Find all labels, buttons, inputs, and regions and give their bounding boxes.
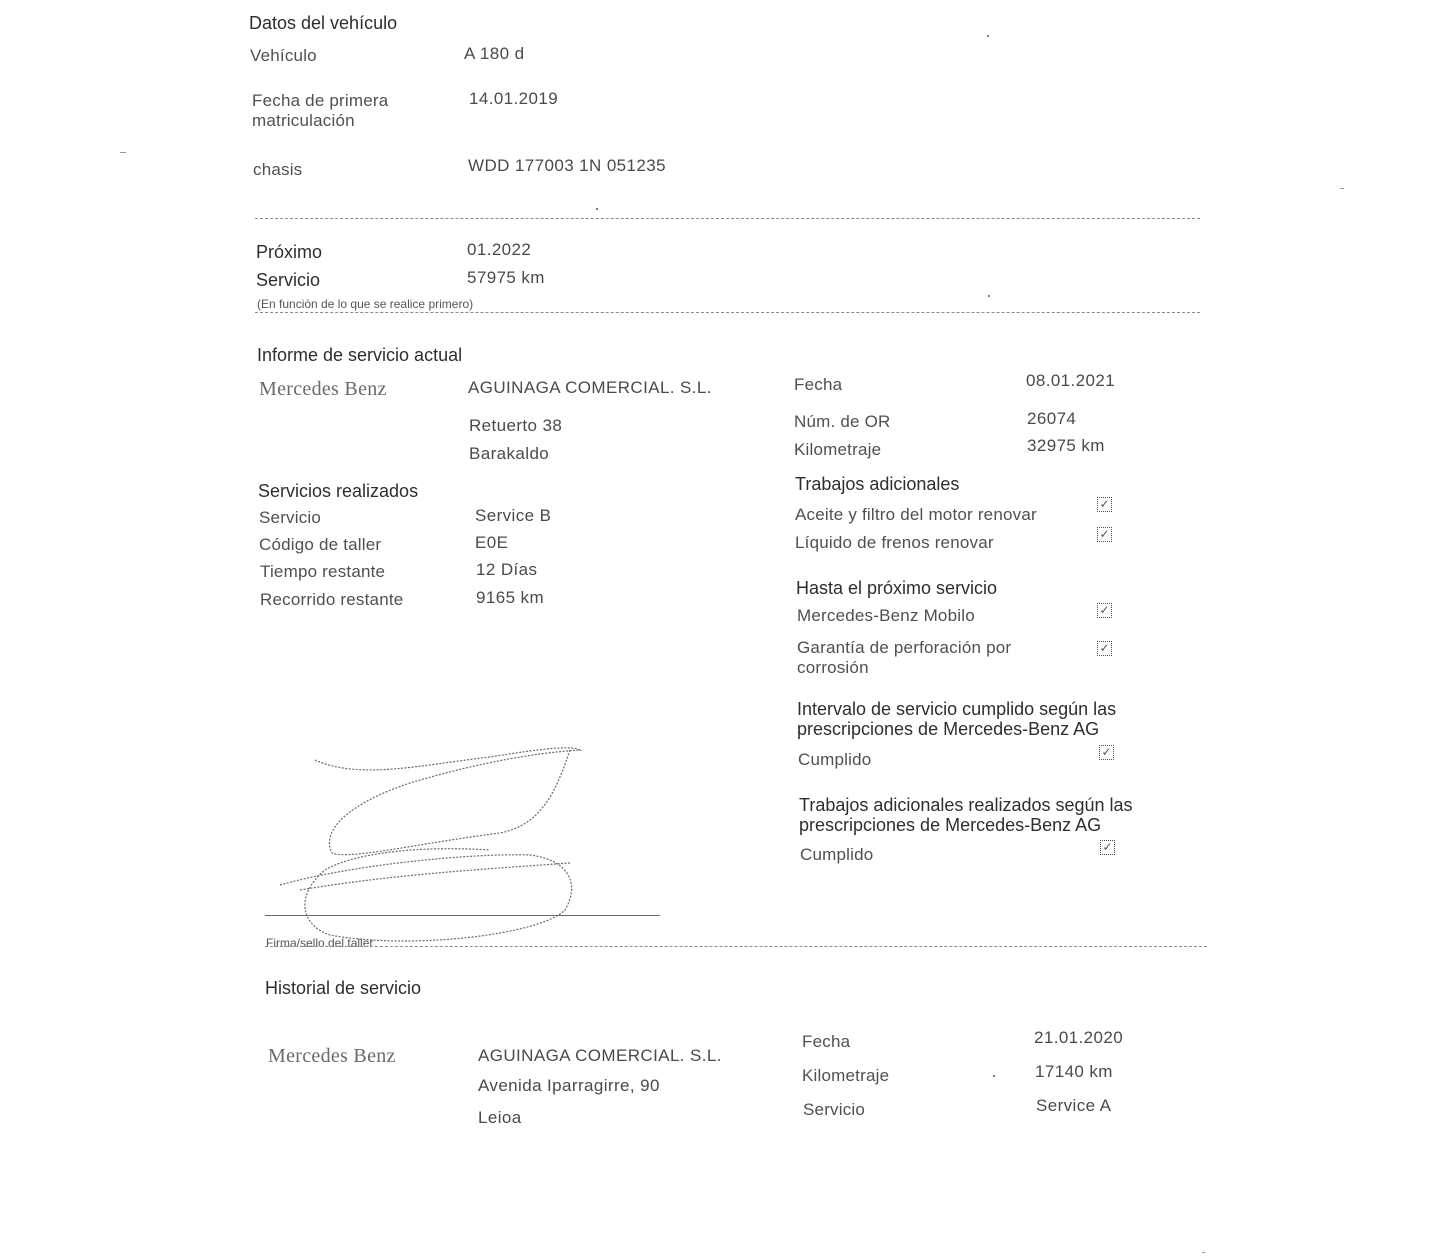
distance-remaining-value: 9165 km (476, 588, 544, 608)
dealer-city: Barakaldo (469, 444, 549, 464)
history-dealer-city: Leioa (478, 1108, 522, 1128)
workshop-signature (270, 735, 670, 945)
next-service-label-1: Próximo (256, 242, 322, 263)
time-remaining-label: Tiempo restante (260, 562, 385, 582)
service-label: Servicio (259, 508, 321, 528)
interval-fulfilled-label: Cumplido (798, 750, 871, 770)
divider (255, 218, 1200, 219)
mobilo-label: Mercedes-Benz Mobilo (797, 606, 975, 626)
brand-logo-text: Mercedes Benz (259, 378, 387, 401)
signature-caption: Firma/sello del taller (266, 936, 373, 950)
mileage-label: Kilometraje (794, 440, 881, 460)
history-mileage-value: 17140 km (1035, 1062, 1113, 1082)
dealer-street: Retuerto 38 (469, 416, 562, 436)
history-date-label: Fecha (802, 1032, 850, 1052)
scan-speck (1202, 1252, 1205, 1253)
workshop-code-label: Código de taller (259, 535, 381, 555)
date-label: Fecha (794, 375, 842, 395)
signature-line (265, 915, 660, 916)
history-brand-logo-text: Mercedes Benz (268, 1045, 396, 1068)
vehicle-data-heading: Datos del vehículo (249, 13, 397, 34)
service-value: Service B (475, 506, 551, 526)
until-next-heading: Hasta el próximo servicio (796, 578, 997, 599)
additional-done-fulfilled-checkbox[interactable]: ✓ (1100, 840, 1115, 855)
additional-done-fulfilled-label: Cumplido (800, 845, 873, 865)
next-service-mileage: 57975 km (467, 268, 545, 288)
history-mileage-label: Kilometraje (802, 1066, 889, 1086)
brake-fluid-label: Líquido de frenos renovar (795, 533, 994, 553)
first-registration-label: Fecha de primera matriculación (252, 91, 427, 131)
scan-speck (993, 1075, 995, 1077)
divider (255, 312, 1200, 313)
history-service-value: Service A (1036, 1096, 1111, 1116)
next-service-note: (En función de lo que se realice primero… (257, 297, 473, 311)
scan-speck (987, 35, 989, 37)
mobilo-checkbox[interactable]: ✓ (1097, 603, 1112, 618)
date-value: 08.01.2021 (1026, 371, 1115, 391)
distance-remaining-label: Recorrido restante (260, 590, 403, 610)
first-registration-value: 14.01.2019 (469, 89, 558, 109)
history-heading: Historial de servicio (265, 978, 421, 999)
brake-fluid-checkbox[interactable]: ✓ (1097, 527, 1112, 542)
scan-speck (120, 152, 126, 153)
current-report-heading: Informe de servicio actual (257, 345, 462, 366)
workshop-code-value: E0E (475, 533, 508, 553)
history-service-label: Servicio (803, 1100, 865, 1120)
additional-done-heading: Trabajos adicionales realizados según la… (799, 795, 1179, 835)
history-date-value: 21.01.2020 (1034, 1028, 1123, 1048)
or-number-value: 26074 (1027, 409, 1076, 429)
services-done-heading: Servicios realizados (258, 481, 418, 502)
corrosion-warranty-checkbox[interactable]: ✓ (1097, 641, 1112, 656)
chassis-value: WDD 177003 1N 051235 (468, 156, 666, 176)
history-dealer-name: AGUINAGA COMERCIAL. S.L. (478, 1046, 722, 1066)
vehicle-value: A 180 d (464, 44, 524, 64)
scan-speck (988, 295, 990, 297)
dealer-name: AGUINAGA COMERCIAL. S.L. (468, 378, 712, 398)
interval-fulfilled-checkbox[interactable]: ✓ (1099, 745, 1114, 760)
next-service-date: 01.2022 (467, 240, 531, 260)
corrosion-warranty-label: Garantía de perforación por corrosión (797, 638, 1067, 678)
divider (265, 946, 1207, 947)
oil-filter-checkbox[interactable]: ✓ (1097, 497, 1112, 512)
oil-filter-label: Aceite y filtro del motor renovar (795, 505, 1037, 525)
history-dealer-street: Avenida Iparragirre, 90 (478, 1076, 660, 1096)
mileage-value: 32975 km (1027, 436, 1105, 456)
scan-speck (596, 208, 598, 210)
vehicle-label: Vehículo (250, 46, 317, 66)
next-service-label-2: Servicio (256, 270, 320, 291)
or-number-label: Núm. de OR (794, 412, 890, 432)
additional-work-heading: Trabajos adicionales (795, 474, 959, 495)
chassis-label: chasis (253, 160, 302, 180)
scan-speck (1340, 188, 1344, 189)
interval-heading: Intervalo de servicio cumplido según las… (797, 699, 1177, 739)
time-remaining-value: 12 Días (476, 560, 537, 580)
